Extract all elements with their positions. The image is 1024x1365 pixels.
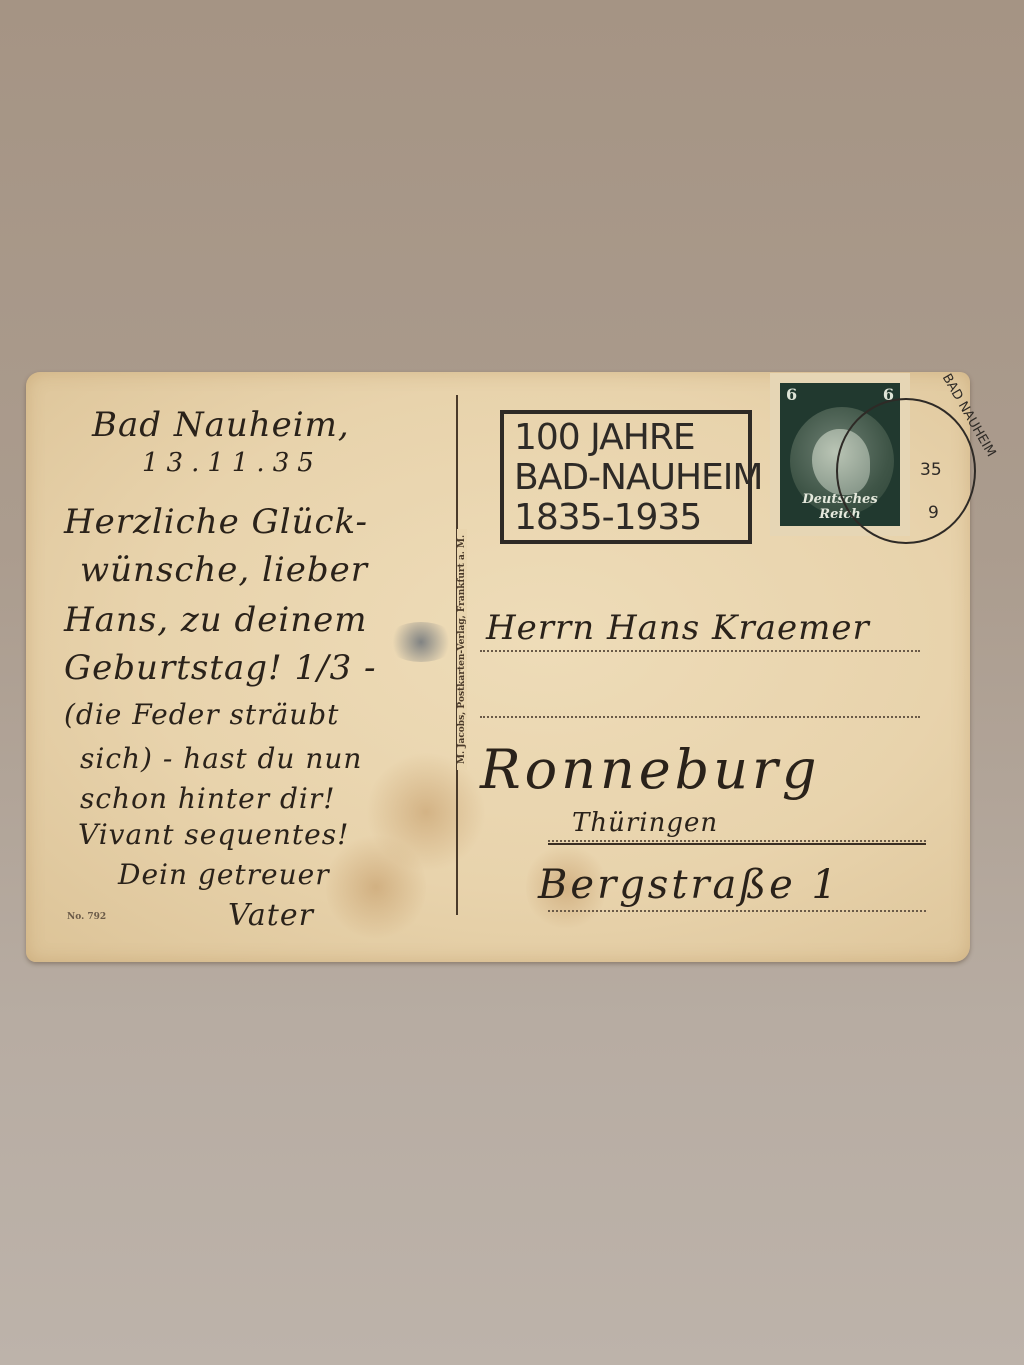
message-line: sich) - hast du nun — [80, 742, 362, 775]
message-line: (die Feder sträubt — [64, 698, 339, 731]
address-region: Thüringen — [572, 808, 718, 838]
message-signoff: Dein getreuer — [118, 858, 330, 891]
message-line: Vivant sequentes! — [78, 818, 349, 851]
slogan-postmark: 100 JAHRE BAD-NAUHEIM 1835-1935 — [500, 410, 752, 544]
message-line: Herzliche Glück- — [64, 502, 368, 542]
postmark-line: 100 JAHRE — [514, 418, 748, 458]
address-dotted-line — [548, 840, 926, 842]
publisher-imprint: M. Jacobs, Postkarten-Verlag, Frankfurt … — [457, 529, 467, 770]
message-place: Bad Nauheim, — [92, 405, 350, 445]
message-line: wünsche, lieber — [80, 550, 368, 590]
address-city: Ronneburg — [480, 738, 820, 801]
stamp-value: 6 — [786, 385, 797, 404]
message-date: 13.11.35 — [142, 448, 322, 478]
address-name: Herrn Hans Kraemer — [486, 608, 870, 648]
cancel-code: 9 — [928, 503, 939, 523]
address-dotted-line — [548, 910, 926, 912]
circular-cancellation — [836, 398, 976, 544]
message-line: Geburtstag! 1/3 - — [64, 648, 377, 688]
message-line: Hans, zu deinem — [64, 600, 368, 640]
card-number: No. 792 — [67, 912, 106, 922]
postmark-line: BAD-NAUHEIM — [514, 458, 748, 498]
cancel-year: 35 — [920, 460, 942, 480]
address-dotted-line — [480, 650, 920, 652]
postmark-line: 1835-1935 — [514, 498, 748, 538]
message-signature: Vater — [228, 898, 314, 933]
ink-blot — [386, 622, 456, 662]
address-street: Bergstraße 1 — [538, 862, 840, 908]
address-underline — [548, 843, 926, 845]
message-line: schon hinter dir! — [80, 782, 336, 815]
address-dotted-line — [480, 716, 920, 718]
